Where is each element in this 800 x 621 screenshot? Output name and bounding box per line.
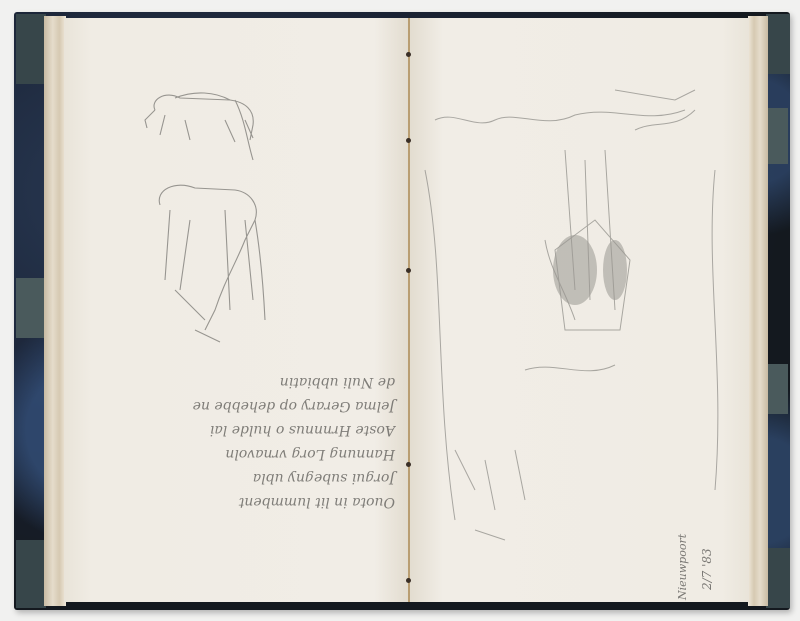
landscape-sketch <box>415 70 745 570</box>
cover-corner-bottom-right <box>766 548 790 608</box>
cover-corner-top-left <box>16 14 46 84</box>
sketch-caption: Nieuwpoort <box>676 534 689 600</box>
cover-tab-left <box>16 278 44 338</box>
book-gutter <box>408 18 410 602</box>
horses-sketch <box>135 80 275 360</box>
note-line: Ouota in lit lummbent <box>175 490 395 514</box>
note-line: Jorgui subegny ubla <box>175 466 395 490</box>
cover-corner-top-right <box>766 14 790 74</box>
page-edges-right <box>748 16 768 606</box>
page-edges-left <box>44 16 66 606</box>
cover-tab-right-bottom <box>766 364 788 414</box>
cover-corner-bottom-left <box>16 540 46 608</box>
binding-stitch <box>406 52 411 57</box>
sketch-date: 2/7 '83 <box>700 548 714 590</box>
handwritten-notes: Ouota in lit lummbent Jorgui subegny ubl… <box>175 370 395 514</box>
cover-tab-right-top <box>766 108 788 164</box>
note-line: de Nuli ubbiatin <box>175 370 395 394</box>
binding-stitch <box>406 138 411 143</box>
binding-stitch <box>406 462 411 467</box>
binding-stitch <box>406 268 411 273</box>
note-line: Aoste Hrnnnus o hulde lai <box>175 418 395 442</box>
note-line: Hannung Lorg vrnavoln <box>175 442 395 466</box>
note-line: Jelma Gerary op dehebbe ne <box>175 394 395 418</box>
binding-stitch <box>406 578 411 583</box>
